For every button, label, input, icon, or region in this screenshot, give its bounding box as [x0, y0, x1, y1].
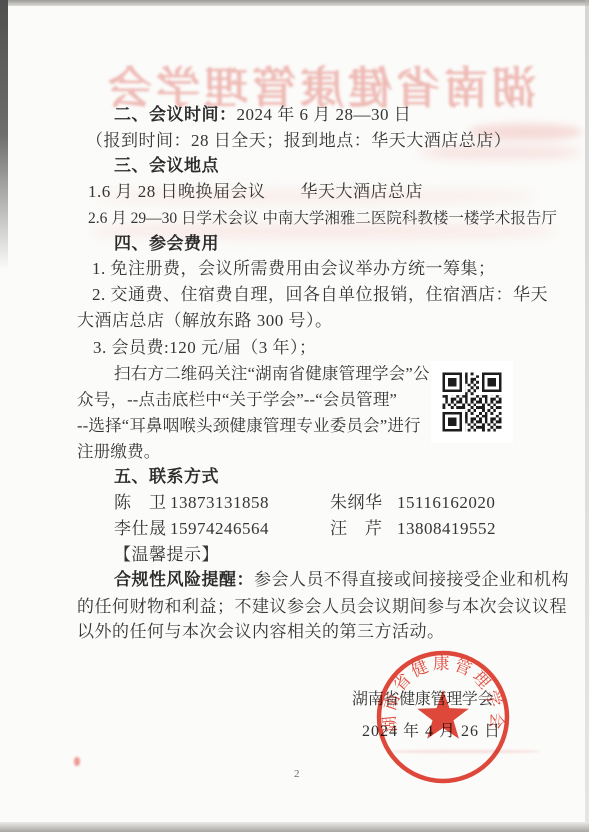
- scan-edge-top: [0, 0, 589, 6]
- contact-name: 汪 芹: [330, 518, 383, 540]
- membership-qr-code: [431, 361, 513, 443]
- page-number: 2: [294, 768, 300, 780]
- contact-heading: 五、联系方式: [114, 466, 219, 488]
- contact-phone: 15116162020: [397, 492, 495, 514]
- fees-item-2-line-1: 2. 交通费、住宿费自理，回各自单位报销，住宿酒店：华天: [92, 284, 548, 306]
- fees-heading: 四、参会费用: [114, 233, 219, 255]
- scanned-document-page: 湖南省健康管理学会 二、会议时间：2024 年 6 月 28—30 日 （报到时…: [0, 0, 589, 832]
- meeting-time-value: 2024 年 6 月 28—30 日: [237, 105, 412, 124]
- fees-item-1: 1. 免注册费，会议所需费用由会议举办方统一筹集；: [92, 258, 496, 280]
- contact-phone: 15974246564: [170, 518, 269, 540]
- contact-name: 李仕晟: [114, 518, 167, 540]
- contact-name: 朱纲华: [330, 492, 383, 514]
- meeting-time-line: 二、会议时间：2024 年 6 月 28—30 日: [114, 104, 411, 126]
- tips-line-2: 的任何财物和利益；不建议参会人员会议期间参与本次会议议程: [77, 596, 567, 618]
- qr-instruction-line-2: 众号，--点击底栏中“关于学会”--“会员管理”: [77, 389, 397, 411]
- tips-line-1-rest: 参会人员不得直接或间接接受企业和机构: [254, 570, 569, 589]
- official-seal-stamp: 湖南省健康管理学会: [368, 645, 518, 795]
- tips-bold-lead: 合规性风险提醒：: [114, 570, 254, 589]
- fees-item-2-line-2: 大酒店总店（解放东路 300 号）。: [77, 310, 333, 332]
- contact-phone: 13873131858: [170, 492, 269, 514]
- tips-line-3: 以外的任何与本次会议内容相关的第三方活动。: [77, 621, 445, 643]
- contact-phone: 13808419552: [397, 518, 496, 540]
- tips-line-1: 合规性风险提醒：参会人员不得直接或间接接受企业和机构: [114, 569, 569, 591]
- qr-instruction-line-1: 扫右方二维码关注“湖南省健康管理学会”公: [114, 363, 430, 385]
- qr-instruction-line-3: --选择“耳鼻咽喉头颈健康管理专业委员会”进行: [77, 415, 421, 437]
- tips-heading: 【温馨提示】: [114, 544, 219, 566]
- location-item-1: 1.6 月 28 日晚换届会议 华天大酒店总店: [88, 181, 423, 203]
- checkin-note-line: （报到时间：28 日全天；报到地点：华天大酒店总店）: [86, 130, 511, 152]
- contact-name: 陈 卫: [114, 492, 167, 514]
- meeting-time-heading: 二、会议时间：: [114, 105, 237, 124]
- fees-item-3: 3. 会员费:120 元/届（3 年）；: [93, 337, 316, 359]
- ink-speck: [74, 757, 80, 766]
- scan-edge-bottom: [0, 822, 589, 832]
- star-icon: [417, 690, 468, 739]
- scan-edge-right: [585, 0, 589, 832]
- location-heading: 三、会议地点: [114, 155, 219, 177]
- qr-instruction-line-4: 注册缴费。: [77, 441, 161, 463]
- scan-edge-left: [0, 0, 8, 270]
- location-item-2: 2.6 月 29—30 日学术会议 中南大学湘雅二医院科教楼一楼学术报告厅: [88, 208, 557, 230]
